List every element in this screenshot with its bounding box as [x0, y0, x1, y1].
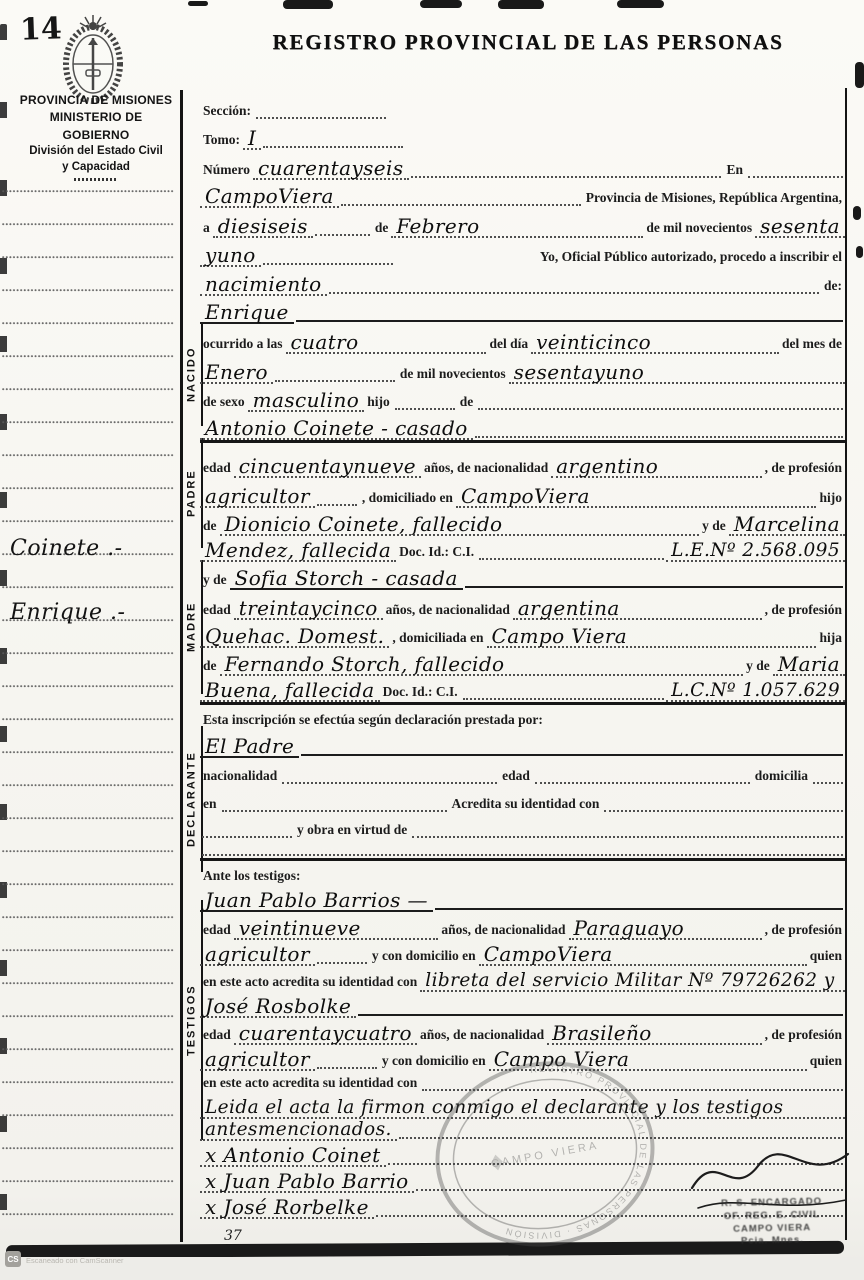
- acredita-label: en este acto acredita su identidad con: [200, 975, 420, 990]
- hijo-label: hijo: [816, 491, 845, 506]
- nacionalidad-label: años, de nacionalidad: [438, 923, 568, 938]
- page-number: 14: [19, 11, 62, 47]
- madre-doc-value: L.C.Nº 1.057.629: [666, 682, 845, 702]
- form-row-madre-nombre: y de Sofia Storch - casada: [200, 560, 845, 588]
- place-value: CampoViera: [200, 187, 339, 208]
- ocurrido-label: ocurrido a las: [200, 337, 286, 352]
- declarante-value: El Padre: [200, 737, 299, 758]
- padre-profesion-value: agricultor: [200, 487, 315, 508]
- form-row-testigo1-domicilio: agricultor y con domicilio en CampoViera…: [200, 938, 845, 964]
- dotted-blank: [435, 904, 843, 910]
- edad-label: edad: [200, 603, 234, 618]
- domicilio-label: , domiciliada en: [389, 631, 486, 646]
- section-divider: [200, 440, 845, 443]
- oval-stamp-center-text: CAMPO VIERA: [490, 1140, 600, 1171]
- section-label-padre: PADRE: [182, 438, 201, 548]
- dotted-blank: [315, 230, 370, 236]
- scan-artifact: [853, 206, 861, 220]
- testigo2-profesion-value: agricultor: [200, 1050, 315, 1071]
- margin-ruled-lines: [2, 190, 174, 1238]
- scan-artifact: [617, 0, 664, 8]
- anio-value: sesentayuno: [509, 363, 845, 384]
- form-body: Sección: Tomo: I Número cuarentayseis En…: [200, 92, 845, 1217]
- dotted-blank: [282, 778, 497, 784]
- dotted-blank: [341, 200, 581, 206]
- dotted-blank: [256, 113, 386, 119]
- virtud-label: y obra en virtud de: [294, 823, 410, 838]
- edad-label: edad: [200, 1028, 234, 1043]
- section-label-testigos: TESTIGOS: [182, 900, 201, 1140]
- madre-edad-value: treintaycinco: [234, 599, 383, 620]
- testigo1-profesion-value: agricultor: [200, 945, 315, 966]
- coat-of-arms-icon: [62, 14, 124, 104]
- abuela-materna-value-2: Buena, fallecida: [200, 681, 380, 702]
- org-line: PROVINCIA DE MISIONES: [16, 92, 176, 109]
- del-dia-label: del día: [486, 337, 531, 352]
- form-row-madre-abuelos: de Fernando Storch, fallecido y de Maria: [200, 646, 845, 674]
- profesion-label: , de profesión: [762, 461, 845, 476]
- a-label: a: [200, 221, 213, 236]
- dotted-blank: [317, 1063, 377, 1069]
- month-value: Febrero: [391, 217, 643, 238]
- dotted-blank: [813, 778, 843, 784]
- camscanner-badge: CS: [5, 1251, 21, 1267]
- form-row-testigo2-nombre: José Rosbolke: [200, 990, 845, 1016]
- mes-value: Enero: [200, 363, 273, 384]
- quien-label: quien: [807, 949, 845, 964]
- form-row-testigo1-edad: edad veintinueve años, de nacionalidad P…: [200, 910, 845, 938]
- document-title: REGISTRO PROVINCIAL DE LAS PERSONAS: [248, 30, 808, 55]
- padre-edad-value: cincuentaynueve: [234, 457, 421, 478]
- domicilia-label: domicilia: [752, 769, 811, 784]
- dia-value: veinticinco: [531, 333, 779, 354]
- dotted-blank: [301, 750, 843, 756]
- padre-doc-value: L.E.Nº 2.568.095: [666, 542, 845, 562]
- province-line: Provincia de Misiones, República Argenti…: [583, 191, 845, 206]
- hora-value: cuatro: [286, 333, 487, 354]
- testigo1-documento-value: libreta del servicio Militar Nº 79726262…: [420, 972, 845, 992]
- de-label: de: [200, 519, 220, 534]
- numero-value: cuarentayseis: [253, 159, 409, 180]
- dotted-blank: [296, 316, 843, 322]
- scan-artifact: [856, 246, 863, 258]
- firma-testigo2: x José Rorbelke: [200, 1198, 374, 1219]
- scanned-birth-record: 14 REGISTRO PROVINCIAL DE LAS PERSONAS P…: [0, 0, 864, 1280]
- form-row-padre-edad: edad cincuentaynueve años, de nacionalid…: [200, 446, 845, 476]
- dotted-blank: [604, 806, 843, 812]
- en-label: En: [723, 163, 746, 178]
- firma-declarante: x Antonio Coinet: [200, 1146, 386, 1167]
- section-label-madre: MADRE: [182, 560, 201, 694]
- y-de-label: y de: [743, 659, 773, 674]
- official-ink-stamp: R. S. ENCARGADO OF. REG. E. CIVIL CAMPO …: [692, 1195, 851, 1250]
- dotted-blank: [412, 832, 843, 838]
- form-row-fecha: a diesiseis de Febrero de mil noveciento…: [200, 206, 845, 236]
- form-row-testigo2-edad: edad cuarentaycuatro años, de nacionalid…: [200, 1016, 845, 1043]
- form-row-madre-domicilio: Quehac. Domest. , domiciliada en Campo V…: [200, 618, 845, 646]
- testigos-intro-line: Ante los testigos:: [200, 869, 304, 884]
- padre-domicilio-value: CampoViera: [456, 487, 817, 508]
- dotted-blank: [317, 958, 367, 964]
- issuing-office-block: PROVINCIA DE MISIONES MINISTERIO DE GOBI…: [16, 92, 176, 181]
- del-mes-label: del mes de: [779, 337, 845, 352]
- testigo2-nombre-value: José Rosbolke: [200, 997, 356, 1018]
- domicilio-label: y con domicilio en: [369, 949, 479, 964]
- scan-artifact: [188, 1, 208, 6]
- day-value: diesiseis: [213, 217, 313, 238]
- acto-value: nacimiento: [200, 275, 327, 296]
- en-label: en: [200, 797, 220, 812]
- form-row-filiacion: Antonio Coinete - casado: [200, 410, 845, 438]
- dotted-blank: [463, 694, 664, 700]
- sexo-value: masculino: [248, 391, 365, 412]
- madre-domicilio-value: Campo Viera: [487, 627, 817, 648]
- form-row-testigo1-nombre: Juan Pablo Barrios —: [200, 884, 845, 910]
- abuelo-paterno-value: Dionicio Coinete, fallecido: [220, 515, 700, 536]
- tomo-value: I: [243, 129, 261, 150]
- mil-label: de mil novecientos: [397, 367, 509, 382]
- section-label-nacido: NACIDO: [182, 322, 201, 426]
- nacionalidad-label: nacionalidad: [200, 769, 280, 784]
- org-line: MINISTERIO DE GOBIERNO: [16, 109, 176, 144]
- testigo2-nacionalidad-value: Brasileño: [547, 1024, 761, 1045]
- dotted-blank: [478, 404, 843, 410]
- dotted-blank: [263, 259, 393, 265]
- margin-note-given-name: Enrique .-: [10, 600, 125, 625]
- dotted-blank: [358, 1010, 843, 1016]
- dotted-blank: [329, 288, 819, 294]
- doc-id-label: Doc. Id.: C.I.: [380, 685, 461, 700]
- sexo-label: de sexo: [200, 395, 248, 410]
- de-final-label: de:: [821, 279, 845, 294]
- form-row-madre-doc: Buena, fallecida Doc. Id.: C.I. L.C.Nº 1…: [200, 674, 845, 700]
- scan-background: [0, 1257, 864, 1280]
- padre-nacionalidad-value: argentino: [551, 457, 761, 478]
- scan-artifact: [283, 0, 333, 9]
- dotted-blank: [479, 554, 664, 560]
- acta-cierre-line2: antesmencionados.: [200, 1121, 397, 1141]
- faint-oval-stamp: REGISTRO PROVINCIAL DE LAS PERSONAS · DI…: [415, 1038, 676, 1271]
- dotted-blank: [748, 172, 843, 178]
- acredita-label: Acredita su identidad con: [449, 797, 603, 812]
- org-underline: [74, 178, 118, 181]
- numero-label: Número: [200, 163, 253, 178]
- edad-label: edad: [200, 461, 234, 476]
- section-label-declarante: DECLARANTE: [182, 726, 201, 872]
- form-row-tomo: Tomo: I: [200, 119, 845, 148]
- camscanner-watermark-text: Escaneado con CamScanner: [26, 1256, 124, 1265]
- form-row-nombre: Enrique: [200, 294, 845, 322]
- dotted-blank: [475, 432, 843, 438]
- dotted-blank: [202, 850, 843, 856]
- dotted-blank: [411, 172, 722, 178]
- form-row-ocurrido: ocurrido a las cuatro del día veinticinc…: [200, 322, 845, 352]
- tomo-label: Tomo:: [200, 133, 243, 148]
- form-row-sexo: de sexo masculino hijo de: [200, 382, 845, 410]
- form-row-mes: Enero de mil novecientos sesentayuno: [200, 352, 845, 382]
- form-row-declaracion-intro: Esta inscripción se efectúa según declar…: [200, 708, 845, 728]
- form-row-numero: Número cuarentayseis En: [200, 148, 845, 178]
- padre-nombre-value: Antonio Coinete - casado: [200, 419, 473, 440]
- edad-label: edad: [499, 769, 533, 784]
- form-row-lugar: CampoViera Provincia de Misiones, Repúbl…: [200, 178, 845, 206]
- profesion-label: , de profesión: [762, 1028, 845, 1043]
- declaracion-intro-line: Esta inscripción se efectúa según declar…: [200, 713, 546, 728]
- madre-nombre-value: Sofia Storch - casada: [230, 569, 463, 590]
- scan-artifact: [420, 0, 462, 8]
- inscripto-nombre: Enrique: [200, 303, 294, 324]
- seccion-label: Sección:: [200, 104, 254, 119]
- profesion-label: , de profesión: [762, 603, 845, 618]
- dotted-blank: [395, 404, 455, 410]
- testigo2-edad-value: cuarentaycuatro: [234, 1024, 417, 1045]
- testigo1-domicilio-value: CampoViera: [479, 945, 807, 966]
- form-row-anio: yuno Yo, Oficial Público autorizado, pro…: [200, 236, 845, 265]
- form-row-padre-abuelos: de Dionicio Coinete, fallecido y de Marc…: [200, 506, 845, 534]
- oficial-line: Yo, Oficial Público autorizado, procedo …: [537, 250, 845, 265]
- section-divider: [200, 702, 845, 705]
- abuela-materna-value-1: Maria: [773, 655, 845, 676]
- dotted-blank: [202, 832, 292, 838]
- abuela-paterna-value-1: Marcelina: [729, 515, 845, 536]
- abuelo-materno-value: Fernando Storch, fallecido: [220, 655, 744, 676]
- abuela-paterna-value-2: Mendez, fallecida: [200, 541, 396, 562]
- y-de-label: y de: [699, 519, 729, 534]
- testigo1-nombre-value: Juan Pablo Barrios —: [200, 891, 433, 912]
- testigo1-nacionalidad-value: Paraguayo: [569, 919, 762, 940]
- scan-artifact: [855, 62, 864, 88]
- dotted-blank: [317, 500, 357, 506]
- dotted-blank: [275, 376, 395, 382]
- form-row-declarante-datos3: y obra en virtud de: [200, 812, 845, 838]
- form-right-border: [845, 88, 847, 1240]
- hija-label: hija: [816, 631, 845, 646]
- form-row-declarante: El Padre: [200, 728, 845, 756]
- dotted-blank: [222, 806, 447, 812]
- scan-artifact: [498, 0, 544, 9]
- section-divider: [200, 858, 845, 861]
- testigo1-edad-value: veintinueve: [234, 919, 439, 940]
- nacionalidad-label: años, de nacionalidad: [417, 1028, 547, 1043]
- corner-handwritten-number: 37: [224, 1228, 242, 1244]
- dotted-blank: [263, 142, 403, 148]
- form-row-declarante-blank: [200, 838, 845, 856]
- acredita-label: en este acto acredita su identidad con: [200, 1076, 420, 1091]
- nacionalidad-label: años, de nacionalidad: [383, 603, 513, 618]
- profesion-label: , de profesión: [762, 923, 845, 938]
- form-row-testigos-intro: Ante los testigos:: [200, 864, 845, 884]
- org-line: División del Estado Civil: [16, 144, 176, 160]
- form-row-seccion: Sección:: [200, 92, 845, 119]
- org-line: y Capacidad: [16, 160, 176, 176]
- dotted-blank: [465, 582, 843, 588]
- nacionalidad-label: años, de nacionalidad: [421, 461, 551, 476]
- doc-id-label: Doc. Id.: C.I.: [396, 545, 477, 560]
- form-row-padre-domicilio: agricultor , domiciliado en CampoViera h…: [200, 476, 845, 506]
- madre-nacionalidad-value: argentina: [513, 599, 762, 620]
- form-row-acto: nacimiento de:: [200, 265, 845, 294]
- form-row-declarante-datos2: en Acredita su identidad con: [200, 784, 845, 812]
- margin-note-surname: Coinete .-: [10, 536, 123, 561]
- firma-testigo1: x Juan Pablo Barrio: [200, 1172, 414, 1193]
- de-label: de: [457, 395, 477, 410]
- mil-label: de mil novecientos: [643, 221, 755, 236]
- year-part1: sesenta: [755, 217, 845, 238]
- de-label: de: [372, 221, 392, 236]
- hijo-label: hijo: [364, 395, 393, 410]
- form-row-madre-edad: edad treintaycinco años, de nacionalidad…: [200, 588, 845, 618]
- dotted-blank: [535, 778, 750, 784]
- form-row-testigo1-documento: en este acto acredita su identidad con l…: [200, 964, 845, 990]
- form-row-declarante-datos1: nacionalidad edad domicilia: [200, 756, 845, 784]
- year-part2: yuno: [200, 246, 261, 267]
- y-de-label: y de: [200, 573, 230, 588]
- madre-profesion-value: Quehac. Domest.: [200, 627, 389, 648]
- form-row-padre-doc: Mendez, fallecida Doc. Id.: C.I. L.E.Nº …: [200, 534, 845, 560]
- quien-label: quien: [807, 1054, 845, 1069]
- edad-label: edad: [200, 923, 234, 938]
- domicilio-label: , domiciliado en: [359, 491, 456, 506]
- de-label: de: [200, 659, 220, 674]
